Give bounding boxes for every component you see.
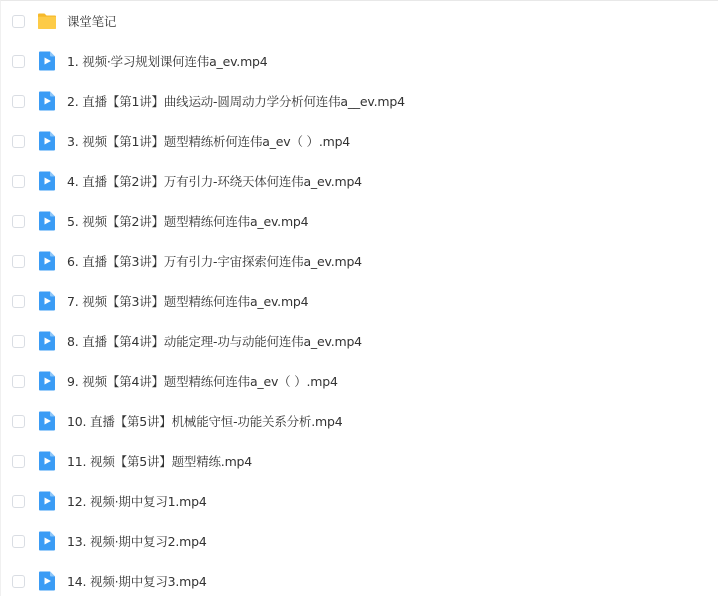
video-file-icon <box>37 570 57 592</box>
file-name[interactable]: 10. 直播【第5讲】机械能守恒-功能关系分析.mp4 <box>67 412 342 430</box>
video-file-icon <box>37 330 57 352</box>
list-item-video[interactable]: 3. 视频【第1讲】题型精练析何连伟a_ev（ ）.mp4 <box>0 121 720 161</box>
video-file-icon <box>37 450 57 472</box>
row-checkbox[interactable] <box>12 95 25 108</box>
video-file-icon <box>37 210 57 232</box>
list-item-video[interactable]: 12. 视频·期中复习1.mp4 <box>0 481 720 521</box>
row-checkbox[interactable] <box>12 335 25 348</box>
row-checkbox[interactable] <box>12 495 25 508</box>
row-checkbox[interactable] <box>12 135 25 148</box>
row-checkbox[interactable] <box>12 15 25 28</box>
file-name[interactable]: 课堂笔记 <box>67 12 116 30</box>
list-item-video[interactable]: 10. 直播【第5讲】机械能守恒-功能关系分析.mp4 <box>0 401 720 441</box>
video-file-icon <box>37 130 57 152</box>
video-file-icon <box>37 530 57 552</box>
file-name[interactable]: 9. 视频【第4讲】题型精练何连伟a_ev（ ）.mp4 <box>67 372 338 390</box>
list-item-video[interactable]: 2. 直播【第1讲】曲线运动-圆周动力学分析何连伟a__ev.mp4 <box>0 81 720 121</box>
row-checkbox[interactable] <box>12 255 25 268</box>
list-item-video[interactable]: 1. 视频·学习规划课何连伟a_ev.mp4 <box>0 41 720 81</box>
file-name[interactable]: 11. 视频【第5讲】题型精练.mp4 <box>67 452 252 470</box>
folder-icon <box>37 10 57 32</box>
row-checkbox[interactable] <box>12 215 25 228</box>
file-name[interactable]: 2. 直播【第1讲】曲线运动-圆周动力学分析何连伟a__ev.mp4 <box>67 92 405 110</box>
row-checkbox[interactable] <box>12 535 25 548</box>
file-name[interactable]: 8. 直播【第4讲】动能定理-功与动能何连伟a_ev.mp4 <box>67 332 362 350</box>
video-file-icon <box>37 90 57 112</box>
file-name[interactable]: 12. 视频·期中复习1.mp4 <box>67 492 207 510</box>
row-checkbox[interactable] <box>12 455 25 468</box>
list-item-video[interactable]: 14. 视频·期中复习3.mp4 <box>0 561 720 596</box>
file-name[interactable]: 4. 直播【第2讲】万有引力-环绕天体何连伟a_ev.mp4 <box>67 172 362 190</box>
list-item-video[interactable]: 6. 直播【第3讲】万有引力-宇宙探索何连伟a_ev.mp4 <box>0 241 720 281</box>
file-name[interactable]: 3. 视频【第1讲】题型精练析何连伟a_ev（ ）.mp4 <box>67 132 350 150</box>
list-item-video[interactable]: 4. 直播【第2讲】万有引力-环绕天体何连伟a_ev.mp4 <box>0 161 720 201</box>
file-list: 课堂笔记 1. 视频·学习规划课何连伟a_ev.mp4 2. 直播【第1讲】曲线… <box>0 1 720 596</box>
video-file-icon <box>37 370 57 392</box>
row-checkbox[interactable] <box>12 55 25 68</box>
file-name[interactable]: 6. 直播【第3讲】万有引力-宇宙探索何连伟a_ev.mp4 <box>67 252 362 270</box>
list-item-folder[interactable]: 课堂笔记 <box>0 1 720 41</box>
list-item-video[interactable]: 5. 视频【第2讲】题型精练何连伟a_ev.mp4 <box>0 201 720 241</box>
row-checkbox[interactable] <box>12 295 25 308</box>
video-file-icon <box>37 250 57 272</box>
list-item-video[interactable]: 9. 视频【第4讲】题型精练何连伟a_ev（ ）.mp4 <box>0 361 720 401</box>
list-item-video[interactable]: 11. 视频【第5讲】题型精练.mp4 <box>0 441 720 481</box>
file-name[interactable]: 5. 视频【第2讲】题型精练何连伟a_ev.mp4 <box>67 212 308 230</box>
file-name[interactable]: 14. 视频·期中复习3.mp4 <box>67 572 207 590</box>
row-checkbox[interactable] <box>12 575 25 588</box>
video-file-icon <box>37 170 57 192</box>
video-file-icon <box>37 410 57 432</box>
file-name[interactable]: 13. 视频·期中复习2.mp4 <box>67 532 207 550</box>
row-checkbox[interactable] <box>12 175 25 188</box>
video-file-icon <box>37 290 57 312</box>
list-item-video[interactable]: 7. 视频【第3讲】题型精练何连伟a_ev.mp4 <box>0 281 720 321</box>
video-file-icon <box>37 490 57 512</box>
list-item-video[interactable]: 8. 直播【第4讲】动能定理-功与动能何连伟a_ev.mp4 <box>0 321 720 361</box>
row-checkbox[interactable] <box>12 415 25 428</box>
file-name[interactable]: 7. 视频【第3讲】题型精练何连伟a_ev.mp4 <box>67 292 308 310</box>
row-checkbox[interactable] <box>12 375 25 388</box>
video-file-icon <box>37 50 57 72</box>
file-name[interactable]: 1. 视频·学习规划课何连伟a_ev.mp4 <box>67 52 268 70</box>
list-item-video[interactable]: 13. 视频·期中复习2.mp4 <box>0 521 720 561</box>
